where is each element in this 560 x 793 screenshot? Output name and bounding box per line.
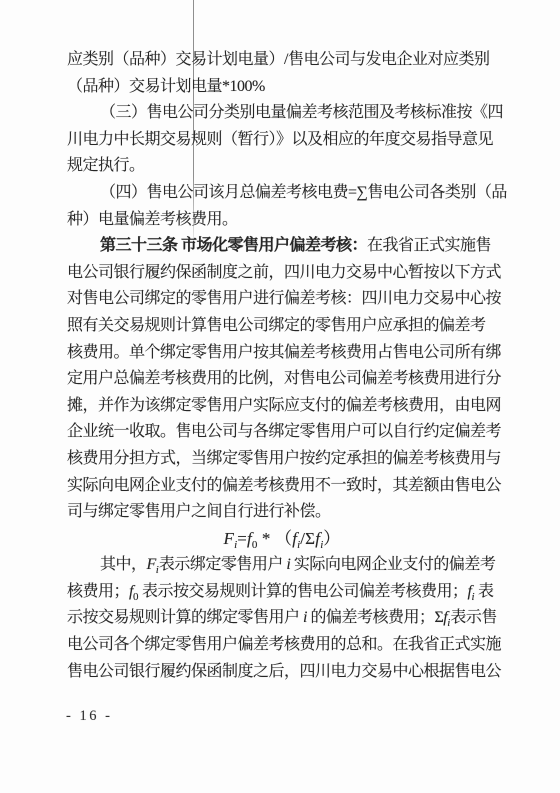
text-segment: 核费用。单个绑定零售用户按其偏差考核费用占售电公司所有绑 (67, 344, 501, 361)
text-segment: 表示售 (450, 609, 497, 626)
document-page: 应类别（品种）交易计划电量）/售电公司与发电企业对应类别（品种）交易计划电量*1… (0, 0, 560, 793)
text-segment: 企业统一收取。售电公司与各绑定零售用户可以自行约定偏差考 (67, 423, 501, 440)
text-line: 摊，并作为该绑定零售用户实际应支付的偏差考核费用，由电网 (67, 393, 497, 420)
text-segment: 司与绑定零售用户之间自行进行补偿。 (67, 503, 331, 520)
text-segment: 在我省正式实施售 (367, 237, 491, 254)
text-line: 种）电量偏差考核费用。 (67, 207, 497, 234)
text-segment: 表 (475, 583, 494, 600)
text-line: 核费用分担方式，当绑定零售用户按约定承担的偏差考核费用与 (67, 446, 497, 473)
text-segment: 实际向电网企业支付的偏差考核费用不一致时，其差额由售电公 (67, 477, 501, 494)
text-line: （四）售电公司该月总偏差考核电费=∑售电公司各类别（品 (67, 180, 497, 207)
text-line: 照有关交易规则计算售电公司绑定的零售用户应承担的偏差考 (67, 313, 497, 340)
formula-line: Fi=f0 * （fi/Σfi） (67, 526, 497, 553)
text-segment: 川电力中长期交易规则（暂行）》以及相应的年度交易指导意见 (67, 131, 493, 148)
text-line: 实际向电网企业支付的偏差考核费用不一致时，其差额由售电公 (67, 473, 497, 500)
text-segment: （三）售电公司分类别电量偏差考核范围及考核标准按《四 (100, 104, 503, 121)
text-line: 规定执行。 (67, 153, 497, 180)
text-line: 川电力中长期交易规则（暂行）》以及相应的年度交易指导意见 (67, 127, 497, 154)
text-segment: 应类别（品种）交易计划电量）/售电公司与发电企业对应类别 (67, 51, 489, 68)
text-segment: 定用户总偏差考核费用的比例，对售电公司偏差考核费用进行分 (67, 370, 501, 387)
text-line: 电公司银行履约保函制度之前，四川电力交易中心暂按以下方式 (67, 260, 497, 287)
text-line: （三）售电公司分类别电量偏差考核范围及考核标准按《四 (67, 100, 497, 127)
text-line: 核费用。单个绑定零售用户按其偏差考核费用占售电公司所有绑 (67, 340, 497, 367)
text-line: 对售电公司绑定的零售用户进行偏差考核：四川电力交易中心按 (67, 286, 497, 313)
text-segment: 表示按交易规则计算的售电公司偏差考核费用； (138, 583, 467, 600)
text-segment: （四）售电公司该月总偏差考核电费=∑售电公司各类别（品 (100, 184, 507, 201)
text-segment: = (237, 529, 247, 548)
text-segment: 电公司各个绑定零售用户偏差考核费用的总和。在我省正式实施 (67, 636, 501, 653)
text-segment: /Σ (300, 529, 315, 548)
text-line: （品种）交易计划电量*100% (67, 74, 497, 101)
text-line: 司与绑定零售用户之间自行进行补偿。 (67, 499, 497, 526)
text-segment: 核费用； (67, 583, 129, 600)
text-segment: 实际向电网企业支付的偏差考 (290, 556, 495, 573)
text-line: 第三十三条 市场化零售用户偏差考核：在我省正式实施售 (67, 233, 497, 260)
text-segment: ） (323, 529, 340, 548)
text-segment: （品种）交易计划电量*100% (67, 78, 265, 95)
text-segment: 其中， (100, 556, 147, 573)
text-segment: F (147, 556, 156, 573)
text-line: 定用户总偏差考核费用的比例，对售电公司偏差考核费用进行分 (67, 366, 497, 393)
text-line: 示按交易规则计算的绑定零售用户 i 的偏差考核费用；Σfi表示售 (67, 605, 497, 632)
text-segment: * （ (257, 529, 292, 548)
text-segment: 核费用分担方式，当绑定零售用户按约定承担的偏差考核费用与 (67, 450, 501, 467)
text-segment: 对售电公司绑定的零售用户进行偏差考核：四川电力交易中心按 (67, 290, 501, 307)
text-segment: F (224, 529, 235, 548)
page-number: - 16 - (66, 708, 112, 725)
text-segment: 照有关交易规则计算售电公司绑定的零售用户应承担的偏差考 (67, 317, 486, 334)
text-segment: 售电公司银行履约保函制度之后，四川电力交易中心根据售电公 (67, 663, 501, 680)
text-line: 应类别（品种）交易计划电量）/售电公司与发电企业对应类别 (67, 47, 497, 74)
text-line: 电公司各个绑定零售用户偏差考核费用的总和。在我省正式实施 (67, 632, 497, 659)
text-segment: 第三十三条 市场化零售用户偏差考核： (100, 237, 367, 254)
text-block: 应类别（品种）交易计划电量）/售电公司与发电企业对应类别（品种）交易计划电量*1… (67, 47, 497, 685)
text-segment: 种）电量偏差考核费用。 (67, 211, 238, 228)
text-line: 售电公司银行履约保函制度之后，四川电力交易中心根据售电公 (67, 659, 497, 686)
text-segment: 规定执行。 (67, 157, 145, 174)
text-line: 核费用；f0 表示按交易规则计算的售电公司偏差考核费用；fi 表 (67, 579, 497, 606)
text-line: 企业统一收取。售电公司与各绑定零售用户可以自行约定偏差考 (67, 419, 497, 446)
text-segment: 电公司银行履约保函制度之前，四川电力交易中心暂按以下方式 (67, 264, 501, 281)
text-segment: 摊，并作为该绑定零售用户实际应支付的偏差考核费用，由电网 (67, 397, 501, 414)
text-segment: 的偏差考核费用；Σ (307, 609, 443, 626)
text-segment: 示按交易规则计算的绑定零售用户 (67, 609, 303, 626)
text-segment: 表示绑定零售用户 (159, 556, 287, 573)
text-line: 其中，Fi表示绑定零售用户 i 实际向电网企业支付的偏差考 (67, 552, 497, 579)
